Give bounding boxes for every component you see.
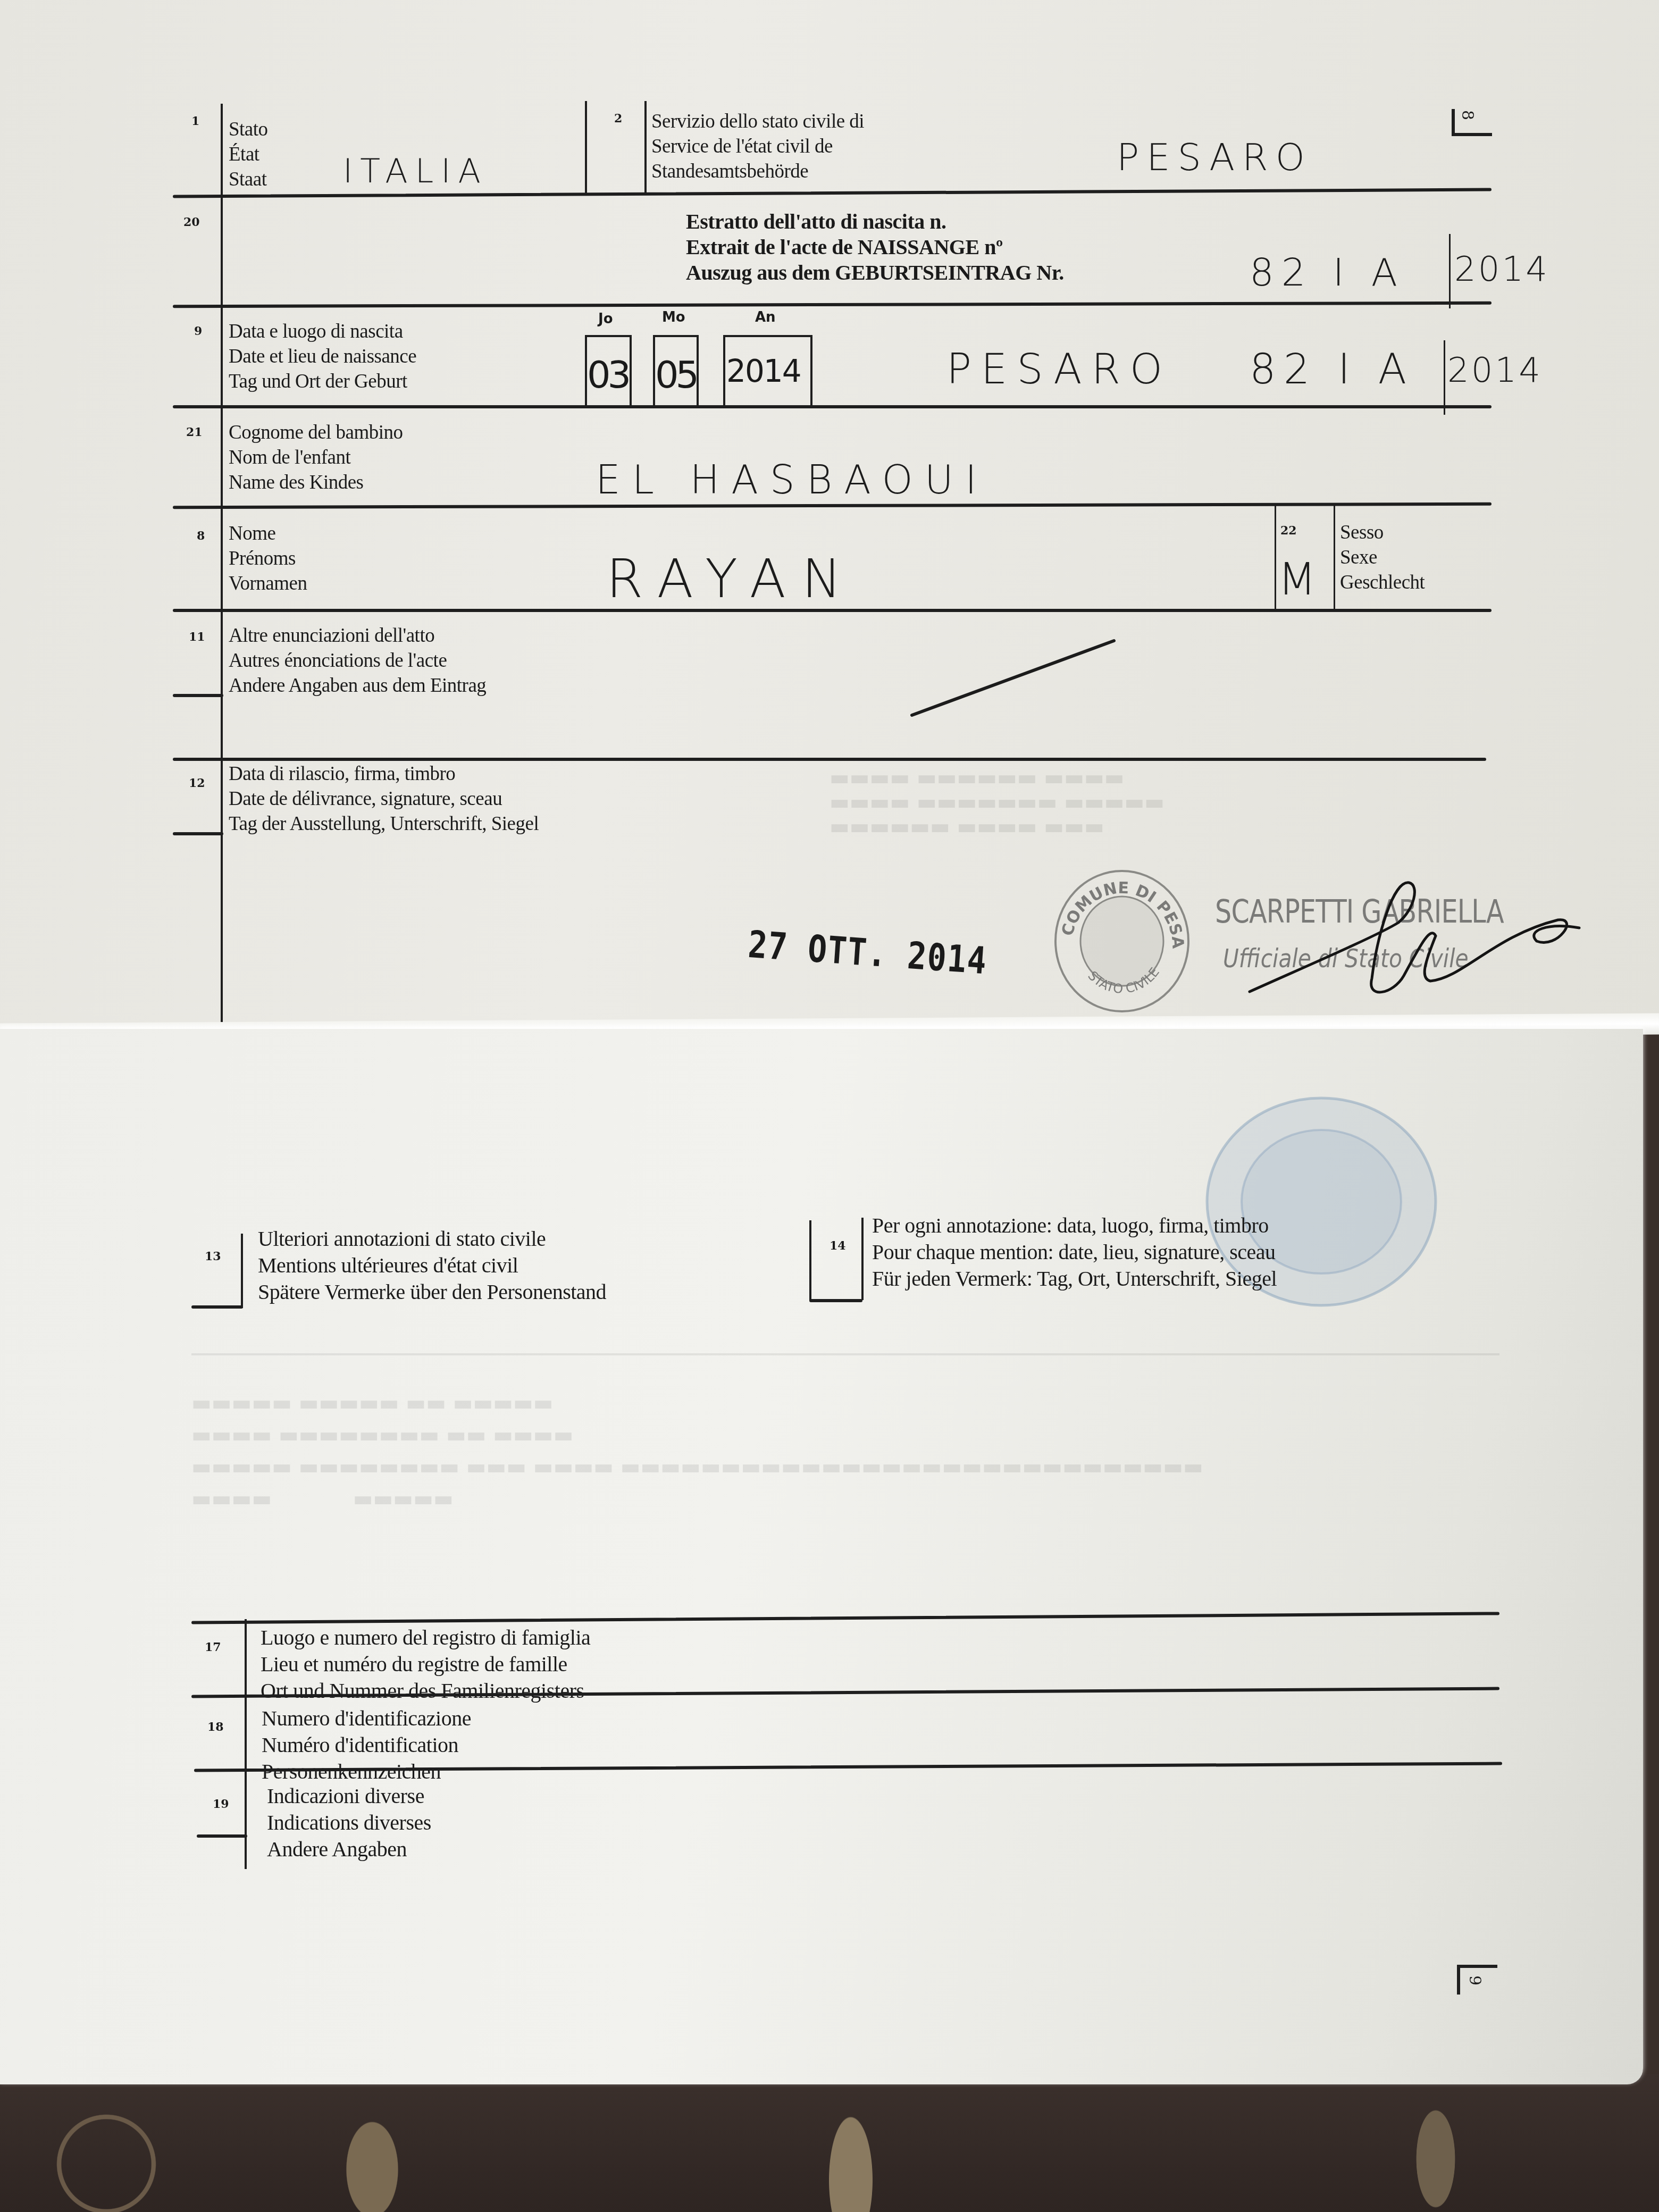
divider [1334,505,1335,611]
table-surface-background [0,2074,1659,2212]
field-number: 2 [614,112,622,125]
bracket-end [191,1305,243,1309]
birth-record-year: 2014 [1454,250,1549,289]
field-22-label: SessoSexeGeschlecht [1340,520,1425,595]
year-header: An [755,309,776,325]
field-number: 17 [205,1640,221,1654]
divider [1449,234,1451,308]
bracket-line [809,1220,811,1300]
bleed-through-text: ▬▬▬▬ ▬▬▬▬▬▬ ▬▬▬▬▬▬▬▬ ▬▬▬▬▬▬▬ ▬▬▬▬▬▬▬▬▬▬▬… [829,766,1164,839]
divider [1444,340,1445,415]
bracket-end [173,832,223,835]
field-18-label: Numero d'identificazioneNuméro d'identif… [262,1705,471,1785]
field-20-label: Estratto dell'atto di nascita n.Extrait … [686,209,1064,286]
year-box: 2014 [723,335,812,405]
field-number: 8 [197,529,205,543]
field-1-label: StatoÉtatStaat [229,117,268,192]
row-rule [173,301,1492,308]
field-number: 9 [194,324,202,338]
day-header: Jo [598,311,613,327]
page-corner-mark-bottom: 9 [1457,1965,1497,1995]
bracket-line [861,1218,864,1300]
certificate-page-bottom: 13 Ulteriori annotazioni di stato civile… [0,1029,1643,2084]
field-2-label: Servizio dello stato civile diService de… [651,109,864,184]
bracket-line [241,1234,243,1308]
left-margin-rule-bottom [245,1619,247,1869]
registry-office-value: PESARO [1117,136,1312,179]
field-9-label: Data e luogo di nascitaDate et lieu de n… [229,319,416,394]
row-rule [173,609,1492,612]
field-8-label: NomePrénomsVornamen [229,521,307,596]
field-number: 22 [1280,524,1297,538]
field-number: 12 [189,776,205,790]
field-13-label: Ulteriori annotazioni di stato civileMen… [258,1226,606,1305]
row-rule [173,405,1492,408]
left-margin-rule [221,104,223,1087]
field-11-label: Altre enunciazioni dell'attoAutres énonc… [229,623,486,698]
divider [585,101,587,194]
field-number: 11 [189,630,205,644]
birth-place-value: PESARO [946,346,1172,393]
month-header: Mo [662,309,685,325]
field-number: 13 [205,1250,221,1263]
field-21-label: Cognome del bambinoNom de l'enfantName d… [229,420,403,495]
blank-strike-line [904,633,1127,723]
comune-seal-stamp: COMUNE DI PESARO STATO CIVILE [1050,867,1194,1016]
bracket-end [197,1834,247,1838]
officer-signature [1239,872,1611,1005]
divider [644,101,647,194]
birth-reference-year: 2014 [1447,351,1543,390]
bracket-end [173,694,223,697]
field-number: 18 [207,1720,224,1734]
field-number: 20 [183,215,200,229]
field-14-label: Per ogni annotazione: data, luogo, firma… [872,1212,1277,1292]
birth-record-number: 82 I A [1250,250,1405,295]
month-box: 05 [653,335,699,405]
birth-reference-value: 82 I A [1250,346,1414,393]
field-19-label: Indicazioni diverseIndications diversesA… [267,1783,431,1863]
field-number: 14 [829,1239,846,1253]
field-number: 19 [213,1797,229,1811]
child-given-name-value: RAYAN [606,548,858,610]
divider [1275,505,1276,611]
day-box: 03 [585,335,632,405]
issue-date-stamp: 27 OTT. 2014 [747,923,988,983]
field-number: 21 [186,425,203,439]
child-surname-value: EL HASBAOUI [596,457,988,503]
page-corner-mark-top: 8 [1452,109,1492,136]
state-value: ITALIA [343,152,488,190]
field-number: 1 [191,114,199,128]
row-rule [173,502,1492,509]
sex-value: M [1278,553,1316,605]
certificate-page-top: 8 1 StatoÉtatStaat ITALIA 2 Servizio del… [0,0,1659,1029]
bracket-end [809,1299,862,1302]
bleed-through-text: ▬▬▬▬▬ ▬▬▬▬▬ ▬▬ ▬▬▬▬▬▬▬▬▬ ▬▬▬▬▬▬▬▬ ▬▬ ▬▬▬… [191,1353,1499,1621]
row-rule [173,758,1486,761]
field-12-label: Data di rilascio, firma, timbroDate de d… [229,761,539,836]
